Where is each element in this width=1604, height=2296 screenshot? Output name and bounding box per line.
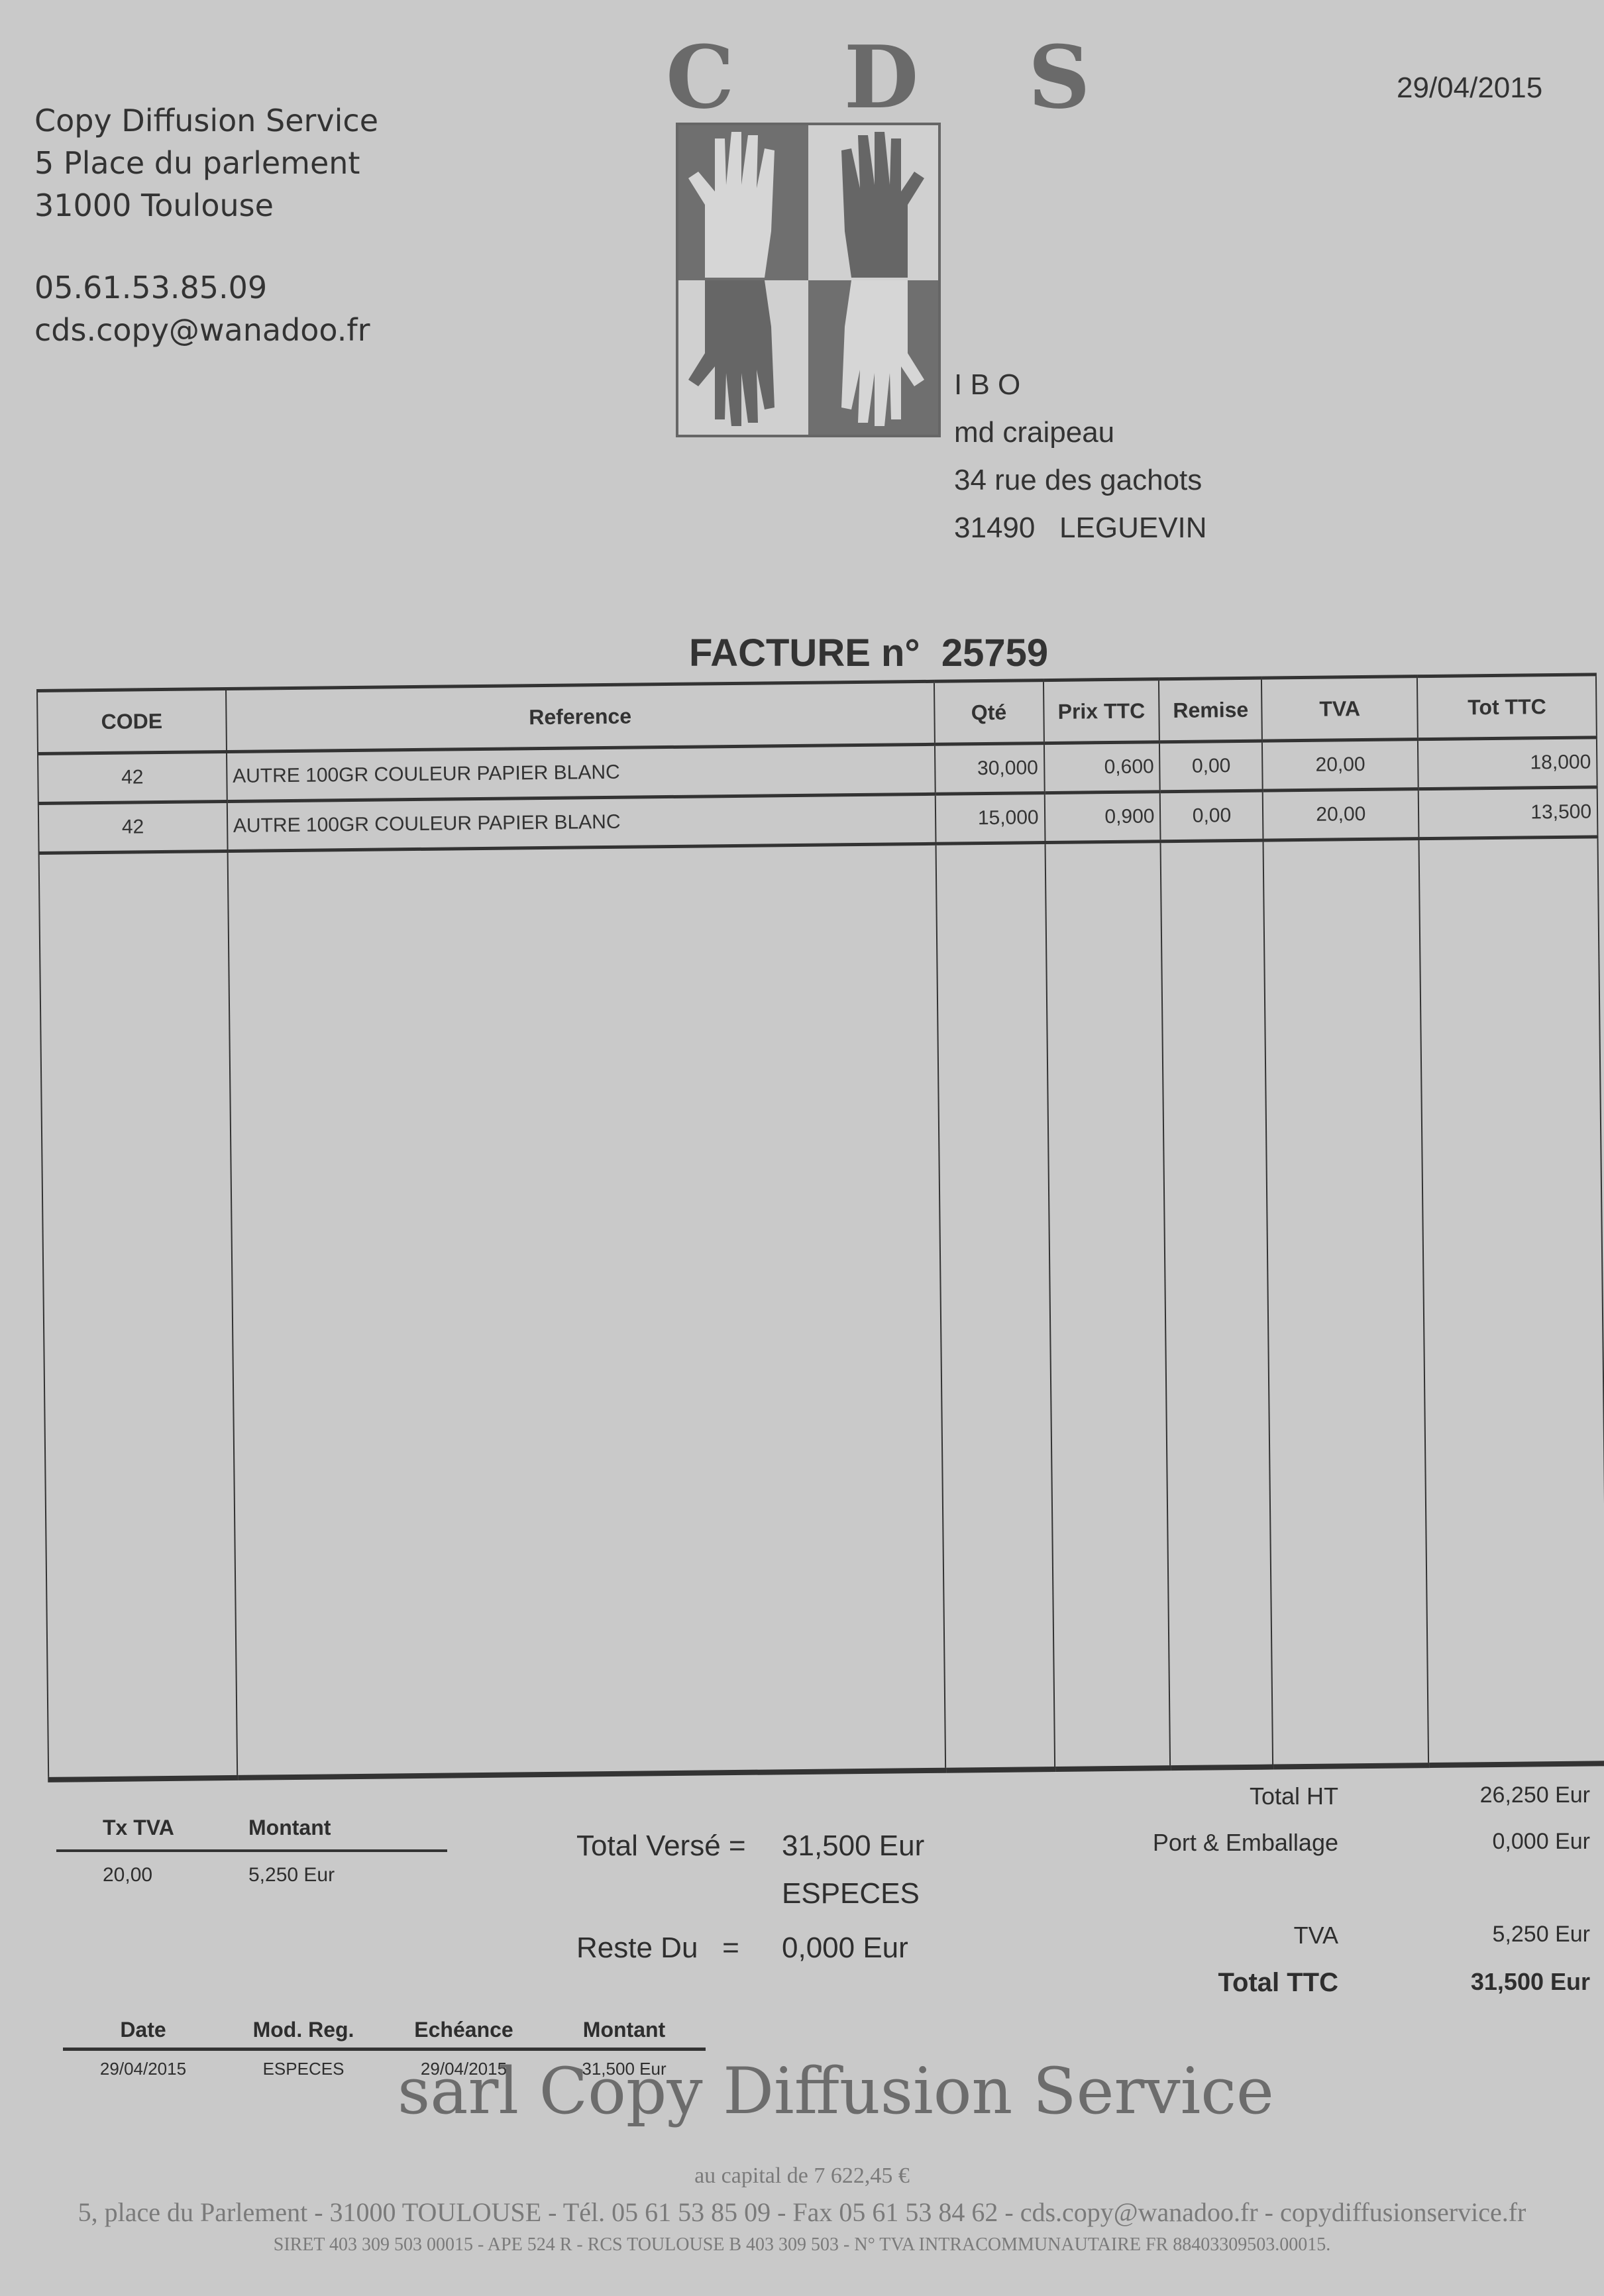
footer-capital: au capital de 7 622,45 €	[0, 2163, 1604, 2189]
vat-amount-header: Montant	[222, 1816, 447, 1840]
col-header-price: Prix TTC	[1043, 679, 1159, 743]
recipient-postal-code: 31490	[954, 512, 1035, 544]
total-ht-label: Total HT	[1113, 1782, 1338, 1810]
invoice-date: 29/04/2015	[1397, 72, 1542, 105]
cell-code: 42	[38, 801, 228, 853]
vat-amount-value: 5,250 Eur	[222, 1864, 447, 1886]
sender-phone: 05.61.53.85.09	[34, 266, 378, 309]
cell-qty: 30,000	[935, 743, 1045, 794]
payment-block: Total Versé =31,500 Eur ESPECES Reste Du…	[576, 1822, 924, 1972]
footer-company-name: sarl Copy Diffusion Service	[398, 2054, 1274, 2128]
shipping-value: 0,000 Eur	[1391, 1829, 1590, 1857]
footer-contact-line: 5, place du Parlement - 31000 TOULOUSE -…	[0, 2197, 1604, 2228]
recipient-city: LEGUEVIN	[1059, 512, 1207, 544]
shipping-label: Port & Emballage	[1113, 1829, 1338, 1857]
col-header-code: CODE	[37, 689, 227, 754]
vat-rate-value: 20,00	[56, 1864, 222, 1886]
cell-discount: 0,00	[1160, 791, 1263, 842]
sched-due-header: Echéance	[384, 2018, 544, 2042]
cell-vat: 20,00	[1262, 739, 1418, 791]
total-paid-value: 31,500 Eur	[782, 1830, 924, 1862]
cell-code: 42	[38, 752, 227, 804]
cell-vat: 20,00	[1263, 789, 1419, 840]
total-ht-value: 26,250 Eur	[1391, 1782, 1590, 1810]
total-ttc-label: Total TTC	[1113, 1968, 1338, 1998]
col-header-total: Tot TTC	[1417, 675, 1597, 739]
total-paid-label: Total Versé =	[576, 1822, 782, 1870]
vat-total-label: TVA	[1113, 1922, 1338, 1949]
sched-date: 29/04/2015	[63, 2059, 223, 2079]
sched-amount-header: Montant	[544, 2018, 704, 2042]
sender-address-line2: 31000 Toulouse	[34, 184, 378, 227]
recipient-street: 34 rue des gachots	[954, 457, 1207, 504]
logo-letters: C D S	[666, 27, 1130, 128]
cell-reference: AUTRE 100GR COULEUR PAPIER BLANC	[227, 794, 936, 851]
remaining-label: Reste Du =	[576, 1924, 782, 1972]
remaining-value: 0,000 Eur	[782, 1932, 908, 1964]
sender-block: Copy Diffusion Service 5 Place du parlem…	[34, 99, 378, 351]
vat-total-value: 5,250 Eur	[1391, 1922, 1590, 1949]
recipient-name: I B O	[954, 361, 1207, 409]
sender-name: Copy Diffusion Service	[34, 99, 378, 142]
col-header-discount: Remise	[1159, 678, 1262, 742]
sched-date-header: Date	[63, 2018, 223, 2042]
recipient-city-line: 31490 LEGUEVIN	[954, 504, 1207, 552]
total-ttc-value: 31,500 Eur	[1391, 1968, 1590, 1998]
invoice-number: 25759	[941, 631, 1048, 675]
cell-reference: AUTRE 100GR COULEUR PAPIER BLANC	[227, 744, 936, 801]
invoice-title: FACTURE n° 25759	[689, 631, 1048, 675]
sched-method-header: Mod. Reg.	[223, 2018, 384, 2042]
col-header-vat: TVA	[1261, 677, 1418, 741]
cell-qty: 15,000	[935, 793, 1045, 844]
sender-email: cds.copy@wanadoo.fr	[34, 309, 378, 351]
invoice-title-label: FACTURE n°	[689, 631, 920, 675]
vat-rate-header: Tx TVA	[56, 1816, 222, 1840]
cell-discount: 0,00	[1159, 741, 1263, 792]
recipient-contact: md craipeau	[954, 409, 1207, 457]
sched-method: ESPECES	[223, 2059, 384, 2079]
cell-price: 0,600	[1043, 742, 1160, 793]
recipient-block: I B O md craipeau 34 rue des gachots 314…	[954, 361, 1207, 552]
payment-method: ESPECES	[782, 1877, 920, 1910]
sender-address-line1: 5 Place du parlement	[34, 142, 378, 184]
col-header-qty: Qté	[934, 681, 1044, 745]
cell-total: 18,000	[1418, 738, 1597, 789]
vat-summary: Tx TVA Montant 20,00 5,250 Eur	[56, 1816, 447, 1886]
footer-legal-line: SIRET 403 309 503 00015 - APE 524 R - RC…	[0, 2234, 1604, 2256]
table-empty-area	[39, 837, 1604, 1780]
four-hands-exchange-icon	[676, 123, 941, 437]
cell-total: 13,500	[1418, 787, 1598, 839]
cell-price: 0,900	[1044, 792, 1161, 843]
col-header-reference: Reference	[226, 681, 935, 751]
items-table: CODE Reference Qté Prix TTC Remise TVA T…	[36, 673, 1604, 1782]
